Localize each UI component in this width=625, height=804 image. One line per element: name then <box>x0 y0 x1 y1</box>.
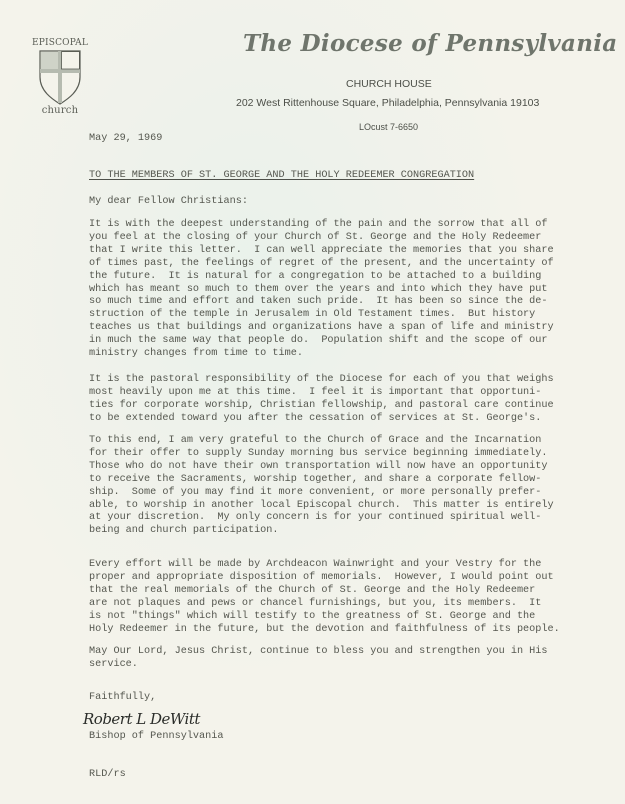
letterhead-subtitle: CHURCH HOUSE <box>346 78 432 90</box>
logo-bottom-text: church <box>30 106 90 116</box>
letter-heading: TO THE MEMBERS OF ST. GEORGE AND THE HOL… <box>89 170 474 181</box>
letterhead-address: 202 West Rittenhouse Square, Philadelphi… <box>236 97 539 109</box>
typist-initials: RLD/rs <box>89 769 126 780</box>
letterhead-phone: LOcust 7-6650 <box>359 122 418 132</box>
signer-title: Bishop of Pennsylvania <box>89 731 224 742</box>
letter-page: EPISCOPAL church The Diocese of Pennsylv… <box>0 0 625 804</box>
letterhead-title: The Diocese of Pennsylvania <box>243 30 618 57</box>
handwritten-signature: Robert L DeWitt <box>83 710 200 728</box>
letter-date: May 29, 1969 <box>89 133 162 144</box>
logo-top-text: EPISCOPAL <box>30 38 90 48</box>
paragraph: To this end, I am very grateful to the C… <box>89 435 554 538</box>
paragraph: May Our Lord, Jesus Christ, continue to … <box>89 646 548 672</box>
letter-closing: Faithfully, <box>89 692 156 703</box>
paragraph: It is the pastoral responsibility of the… <box>89 374 554 426</box>
episcopal-church-logo: EPISCOPAL church <box>30 38 90 118</box>
paragraph: It is with the deepest understanding of … <box>89 219 554 361</box>
shield-icon <box>38 49 82 105</box>
letter-salutation: My dear Fellow Christians: <box>89 196 248 207</box>
paragraph: Every effort will be made by Archdeacon … <box>89 559 560 636</box>
